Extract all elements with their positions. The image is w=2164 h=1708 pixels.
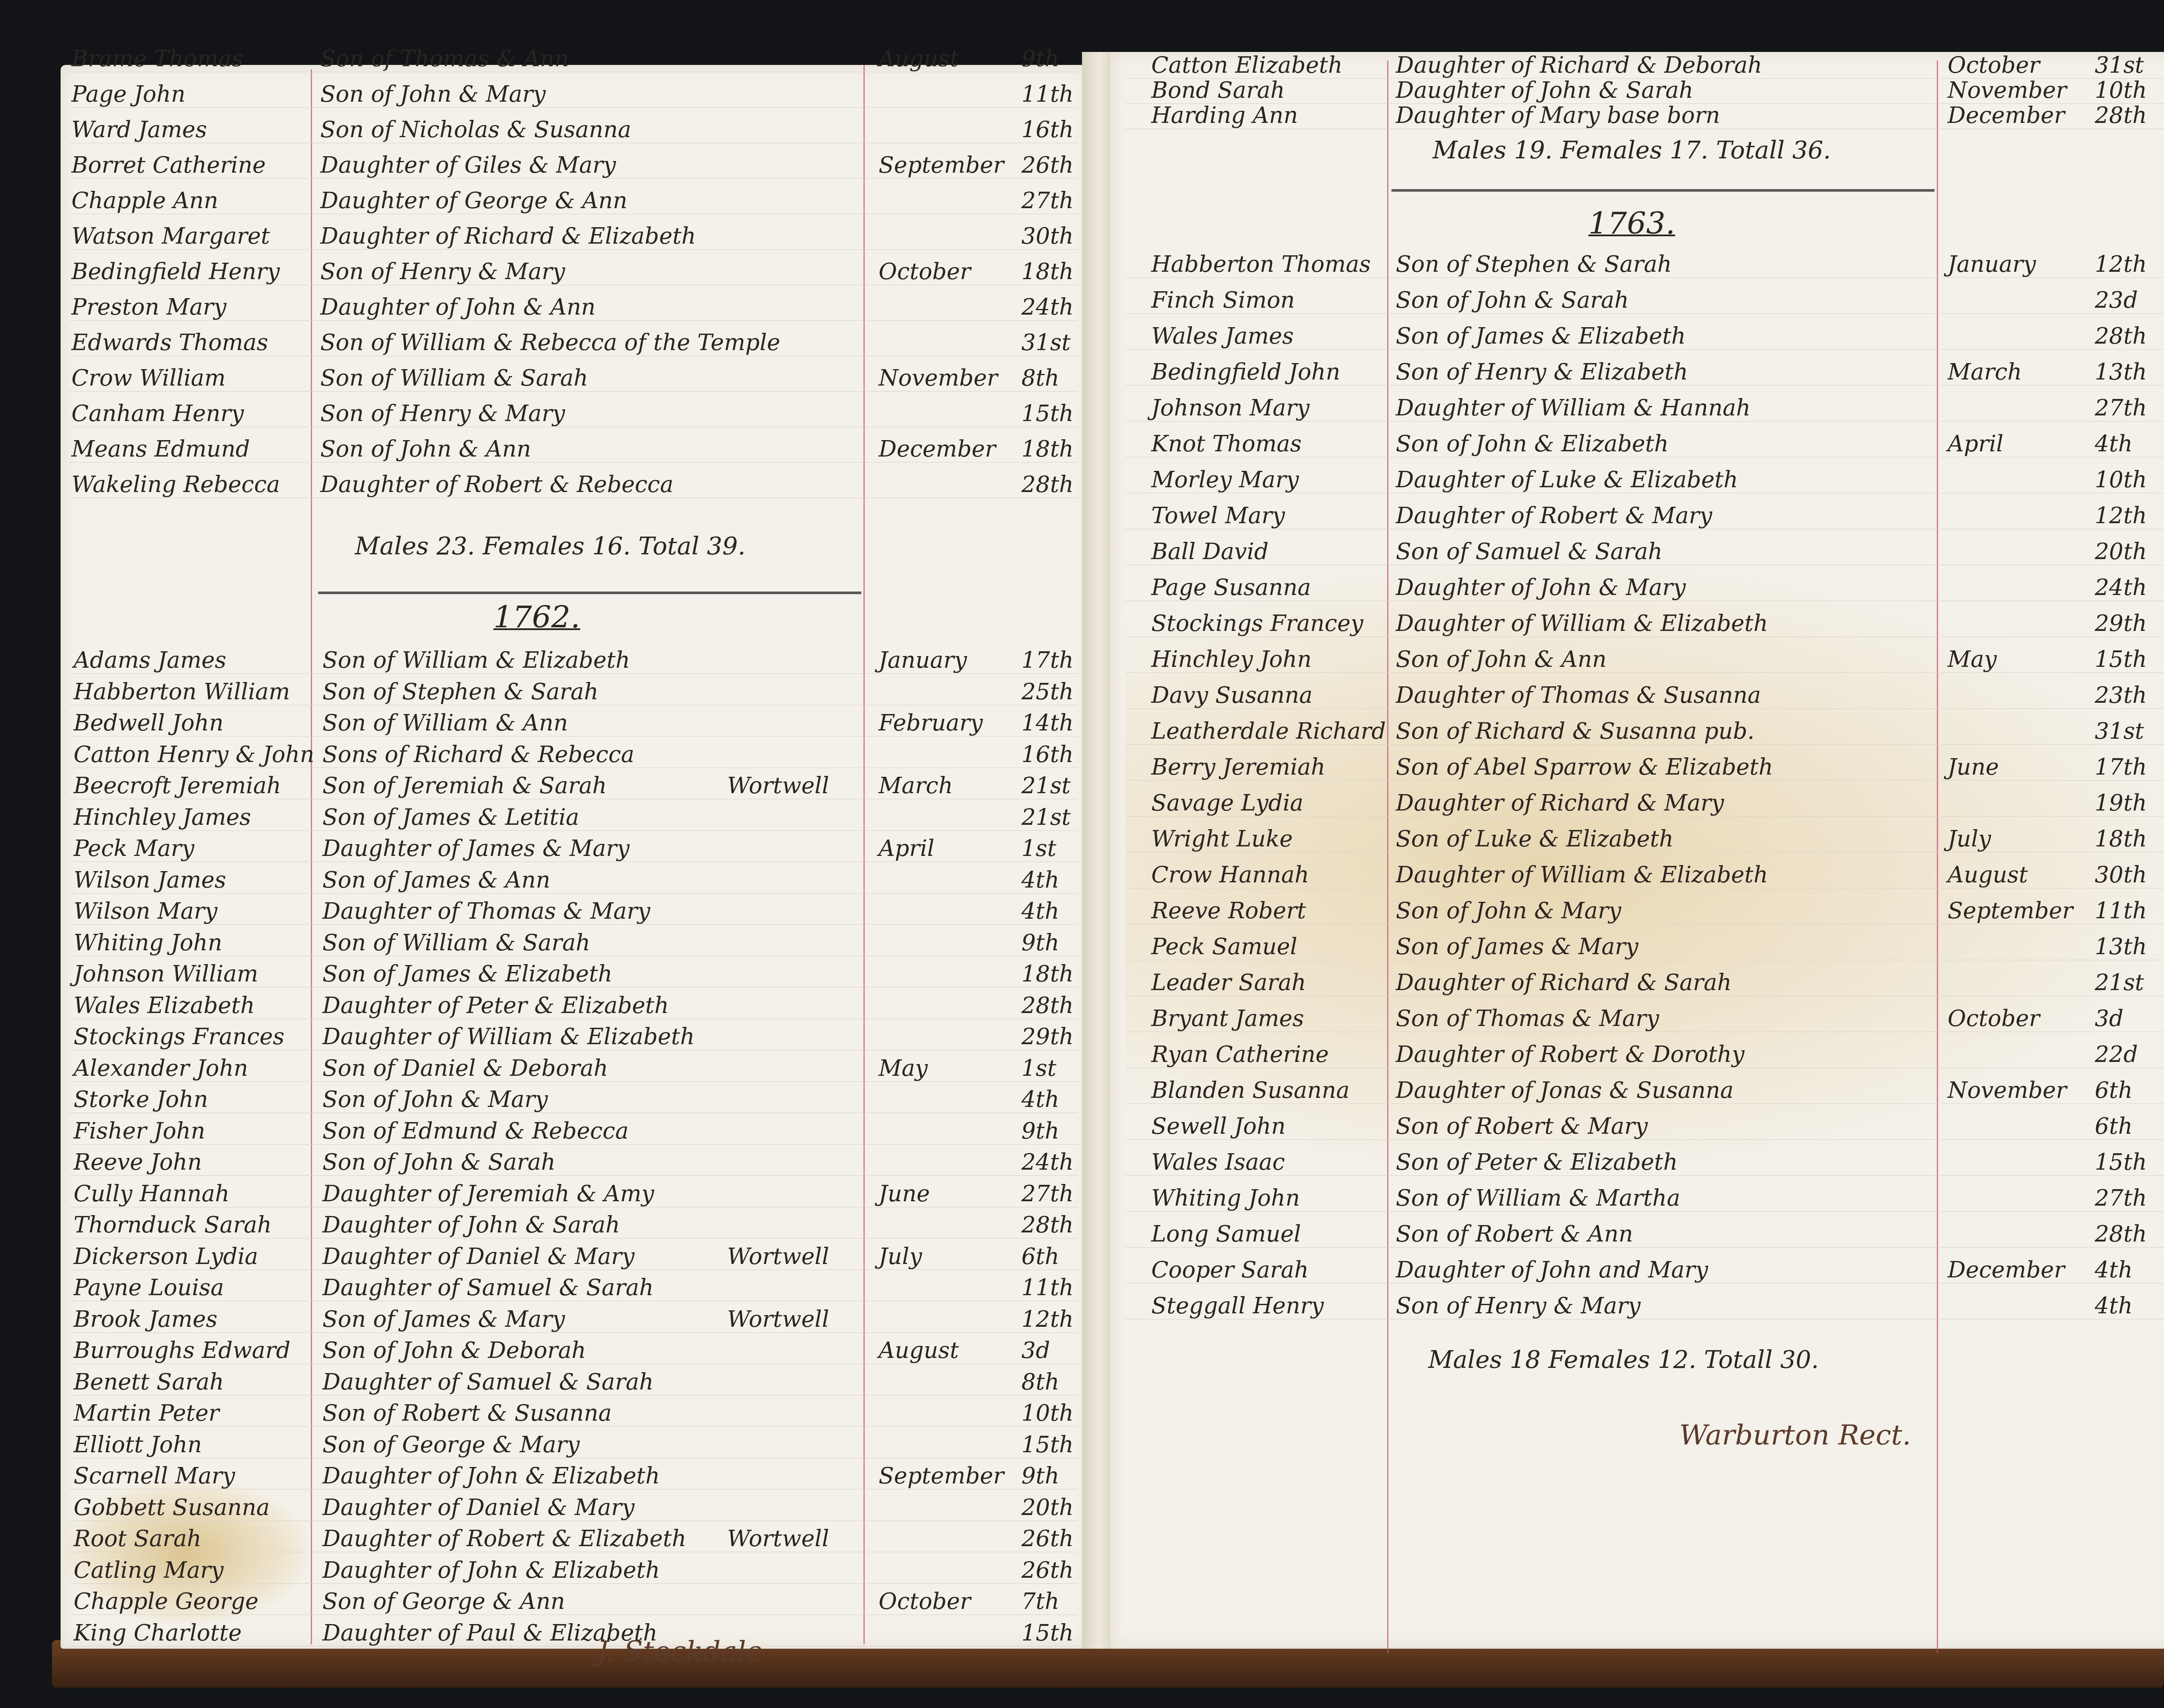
entry-parents: Daughter of Giles & Mary <box>320 150 616 181</box>
entry-parents: Son of James & Elizabeth <box>1396 321 1686 352</box>
entry-parents: Son of James & Mary <box>1396 931 1638 962</box>
entry-month: November <box>1948 1075 2067 1106</box>
entry-parents: Son of John & Mary <box>1396 895 1621 926</box>
register-entry: Reeve RobertSon of John & MarySeptember1… <box>0 895 2164 926</box>
entry-day: 10th <box>1021 1398 1074 1429</box>
entry-day: 22d <box>2095 1039 2138 1070</box>
register-entry: Leatherdale RichardSon of Richard & Susa… <box>0 716 2164 747</box>
entry-parents: Son of Richard & Susanna pub. <box>1396 716 1755 747</box>
entry-day: 12th <box>2095 500 2147 531</box>
right-1762-total: Males 19. Females 17. Totall 36. <box>1433 136 1831 164</box>
entry-day: 24th <box>2095 572 2147 603</box>
entry-parents: Son of John & Sarah <box>1396 285 1629 316</box>
entry-parents: Son of Robert & Ann <box>1396 1219 1633 1250</box>
register-entry: Ball DavidSon of Samuel & Sarah20th <box>0 536 2164 567</box>
entry-day: 20th <box>1021 1492 1074 1523</box>
right-1763-total: Males 18 Females 12. Totall 30. <box>1428 1346 1819 1374</box>
right-year-heading: 1763. <box>1588 206 1675 241</box>
entry-day: 28th <box>2095 1219 2147 1250</box>
entry-day: 28th <box>2095 100 2147 131</box>
entry-parents: Son of Stephen & Sarah <box>1396 249 1672 280</box>
entry-day: 13th <box>2095 357 2147 388</box>
register-entry: Chapple GeorgeSon of George & AnnOctober… <box>0 1586 2164 1617</box>
entry-parents: Daughter of Richard & Sarah <box>1396 967 1732 998</box>
entry-day: 26th <box>1021 1555 1074 1586</box>
entry-name: Steggall Henry <box>1151 1290 1324 1322</box>
entry-parents: Daughter of Robert & Mary <box>1396 500 1712 531</box>
entry-parents: Daughter of Jonas & Susanna <box>1396 1075 1734 1106</box>
entry-name: Ball David <box>1151 536 1269 567</box>
left-signature: J. Stockdale <box>597 1636 763 1668</box>
register-entry: Cooper SarahDaughter of John and MaryDec… <box>0 1254 2164 1286</box>
entry-name: Peck Samuel <box>1151 931 1297 962</box>
entry-parents: Son of Henry & Elizabeth <box>1396 357 1688 388</box>
entry-day: 6th <box>2095 1075 2132 1106</box>
register-entry: Root SarahDaughter of Robert & Elizabeth… <box>0 1523 2164 1554</box>
entry-parents: Son of John & Deborah <box>322 1335 586 1366</box>
register-entry: Scarnell MaryDaughter of John & Elizabet… <box>0 1460 2164 1492</box>
entry-day: 4th <box>2095 1290 2132 1322</box>
entry-parents: Son of Robert & Susanna <box>322 1398 612 1429</box>
entry-name: Habberton Thomas <box>1151 249 1371 280</box>
entry-parents: Daughter of Richard & Elizabeth <box>320 221 696 252</box>
entry-name: Leader Sarah <box>1151 967 1306 998</box>
entry-day: 15th <box>1021 1618 1074 1649</box>
entry-day: 9th <box>1021 1460 1059 1492</box>
register-entry: Benett SarahDaughter of Samuel & Sarah8t… <box>0 1367 2164 1398</box>
entry-parents: Son of William & Martha <box>1396 1183 1680 1214</box>
register-entry: Johnson MaryDaughter of William & Hannah… <box>0 392 2164 424</box>
entry-day: 31st <box>2095 716 2144 747</box>
entry-day: 3d <box>1021 1335 1050 1366</box>
register-entry: Leader SarahDaughter of Richard & Sarah2… <box>0 967 2164 998</box>
entry-month: September <box>879 1460 1004 1492</box>
entry-month: January <box>1948 249 2036 280</box>
entry-month: August <box>1948 859 2028 891</box>
register-entry: Long SamuelSon of Robert & Ann28th <box>0 1219 2164 1250</box>
entry-name: Sewell John <box>1151 1111 1286 1142</box>
entry-day: 18th <box>2095 823 2147 855</box>
entry-parents: Daughter of William & Elizabeth <box>1396 859 1768 891</box>
register-entry: Hinchley JohnSon of John & AnnMay15th <box>0 644 2164 675</box>
entry-parents: Daughter of Luke & Elizabeth <box>1396 464 1738 495</box>
entry-day: 3d <box>2095 1003 2123 1034</box>
entry-parents: Son of Abel Sparrow & Elizabeth <box>1396 752 1773 783</box>
entry-name: Chapple George <box>74 1586 258 1617</box>
entry-parents: Daughter of Robert & Elizabeth <box>322 1523 686 1554</box>
entry-name: Harding Ann <box>1151 100 1298 131</box>
register-entry: Savage LydiaDaughter of Richard & Mary19… <box>0 788 2164 819</box>
entry-parents: Daughter of William & Hannah <box>1396 392 1751 424</box>
entry-name: Knot Thomas <box>1151 428 1302 460</box>
register-entry: Borret CatherineDaughter of Giles & Mary… <box>0 150 2164 181</box>
entry-day: 23d <box>2095 285 2138 316</box>
entry-parents: Son of Samuel & Sarah <box>1396 536 1662 567</box>
entry-name: Watson Margaret <box>71 221 270 252</box>
register-entry: King CharlotteDaughter of Paul & Elizabe… <box>0 1618 2164 1649</box>
register-entry: Steggall HenrySon of Henry & Mary4th <box>0 1290 2164 1322</box>
entry-name: Reeve Robert <box>1151 895 1306 926</box>
entry-name: Borret Catherine <box>71 150 266 181</box>
entry-parents: Son of Thomas & Mary <box>1396 1003 1659 1034</box>
entry-parents: Daughter of Richard & Mary <box>1396 788 1724 819</box>
entry-name: Elliott John <box>74 1429 202 1460</box>
entry-day: 21st <box>2095 967 2144 998</box>
register-entry: Towel MaryDaughter of Robert & Mary12th <box>0 500 2164 531</box>
entry-name: Morley Mary <box>1151 464 1299 495</box>
entry-name: Crow Hannah <box>1151 859 1309 891</box>
entry-day: 19th <box>2095 788 2147 819</box>
register-entry: Burroughs EdwardSon of John & DeborahAug… <box>0 1335 2164 1366</box>
entry-day: 17th <box>2095 752 2147 783</box>
entry-parents: Son of Henry & Mary <box>1396 1290 1641 1322</box>
entry-name: Long Samuel <box>1151 1219 1301 1250</box>
entry-parents: Son of John & Ann <box>1396 644 1607 675</box>
register-entry: Page SusannaDaughter of John & Mary24th <box>0 572 2164 603</box>
entry-name: Page Susanna <box>1151 572 1311 603</box>
entry-month: August <box>879 1335 959 1366</box>
entry-parents: Son of Luke & Elizabeth <box>1396 823 1674 855</box>
entry-month: September <box>1948 895 2073 926</box>
register-entry: Wales JamesSon of James & Elizabeth28th <box>0 321 2164 352</box>
entry-name: Benett Sarah <box>74 1367 224 1398</box>
entry-day: 7th <box>1021 1586 1059 1617</box>
entry-day: 6th <box>2095 1111 2132 1142</box>
entry-name: Wales James <box>1151 321 1294 352</box>
entry-parents: Daughter of William & Elizabeth <box>1396 608 1768 639</box>
entry-name: Towel Mary <box>1151 500 1285 531</box>
entry-day: 27th <box>2095 1183 2147 1214</box>
entry-month: October <box>879 1586 971 1617</box>
register-entry: Bryant JamesSon of Thomas & MaryOctober3… <box>0 1003 2164 1034</box>
entry-parents: Son of George & Ann <box>322 1586 565 1617</box>
register-entry: Sewell JohnSon of Robert & Mary6th <box>0 1111 2164 1142</box>
entry-name: Leatherdale Richard <box>1151 716 1386 747</box>
entry-name: Burroughs Edward <box>74 1335 290 1366</box>
entry-day: 15th <box>2095 644 2147 675</box>
entry-name: Blanden Susanna <box>1151 1075 1349 1106</box>
register-entry: Blanden SusannaDaughter of Jonas & Susan… <box>0 1075 2164 1106</box>
entry-name: Wales Isaac <box>1151 1147 1285 1178</box>
entry-day: 4th <box>2095 1254 2132 1286</box>
entry-parents: Son of Robert & Mary <box>1396 1111 1648 1142</box>
entry-day: 4th <box>2095 428 2132 460</box>
entry-month: July <box>1948 823 1991 855</box>
register-entry: Chapple AnnDaughter of George & Ann27th <box>0 185 2164 216</box>
register-entry: Peck SamuelSon of James & Mary13th <box>0 931 2164 962</box>
entry-month: March <box>1948 357 2022 388</box>
entry-name: Berry Jeremiah <box>1151 752 1325 783</box>
entry-day: 11th <box>2095 895 2147 926</box>
entry-parents: Daughter of Daniel & Mary <box>322 1492 634 1523</box>
entry-name: Root Sarah <box>74 1523 201 1554</box>
register-entry: Bedingfield JohnSon of Henry & Elizabeth… <box>0 357 2164 388</box>
entry-name: Chapple Ann <box>71 185 218 216</box>
register-entry: Catling MaryDaughter of John & Elizabeth… <box>0 1555 2164 1586</box>
entry-place: Wortwell <box>727 1523 829 1554</box>
entry-month: September <box>879 150 1004 181</box>
entry-name: Cooper Sarah <box>1151 1254 1309 1286</box>
entry-month: June <box>1948 752 1999 783</box>
entry-parents: Daughter of John & Elizabeth <box>322 1460 660 1492</box>
entry-day: 10th <box>2095 464 2147 495</box>
register-entry: Knot ThomasSon of John & ElizabethApril4… <box>0 428 2164 460</box>
register-entry: Davy SusannaDaughter of Thomas & Susanna… <box>0 680 2164 711</box>
entry-day: 28th <box>2095 321 2147 352</box>
entry-name: Whiting John <box>1151 1183 1300 1214</box>
register-entry: Crow HannahDaughter of William & Elizabe… <box>0 859 2164 891</box>
entry-name: Bedingfield John <box>1151 357 1340 388</box>
entry-name: Savage Lydia <box>1151 788 1304 819</box>
entry-name: Martin Peter <box>74 1398 219 1429</box>
entry-day: 13th <box>2095 931 2147 962</box>
entry-parents: Daughter of John & Elizabeth <box>322 1555 660 1586</box>
entry-day: 27th <box>1021 185 1074 216</box>
entry-parents: Daughter of Mary base born <box>1396 100 1720 131</box>
entry-name: Johnson Mary <box>1151 392 1310 424</box>
register-entry: Harding AnnDaughter of Mary base bornDec… <box>0 100 2164 131</box>
register-entry: Stockings FranceyDaughter of William & E… <box>0 608 2164 639</box>
entry-parents: Daughter of John & Mary <box>1396 572 1686 603</box>
entry-month: December <box>1948 1254 2065 1286</box>
entry-name: Ryan Catherine <box>1151 1039 1329 1070</box>
right-signature: Warburton Rect. <box>1679 1419 1911 1451</box>
entry-day: 8th <box>1021 1367 1059 1398</box>
entry-parents: Son of John & Elizabeth <box>1396 428 1669 460</box>
entry-month: May <box>1948 644 1997 675</box>
entry-name: Finch Simon <box>1151 285 1295 316</box>
entry-day: 15th <box>1021 1429 1074 1460</box>
entry-parents: Daughter of George & Ann <box>320 185 628 216</box>
register-entry: Berry JeremiahSon of Abel Sparrow & Eliz… <box>0 752 2164 783</box>
entry-name: Wright Luke <box>1151 823 1293 855</box>
entry-day: 29th <box>2095 608 2147 639</box>
entry-name: Catling Mary <box>74 1555 224 1586</box>
register-entry: Ryan CatherineDaughter of Robert & Dorot… <box>0 1039 2164 1070</box>
entry-parents: Son of George & Mary <box>322 1429 580 1460</box>
entry-day: 30th <box>1021 221 1074 252</box>
entry-day: 23th <box>2095 680 2147 711</box>
entry-day: 12th <box>2095 249 2147 280</box>
entry-name: Stockings Francey <box>1151 608 1363 639</box>
entry-day: 15th <box>2095 1147 2147 1178</box>
entry-parents: Daughter of John and Mary <box>1396 1254 1708 1286</box>
entry-parents: Son of Peter & Elizabeth <box>1396 1147 1678 1178</box>
entry-day: 26th <box>1021 1523 1074 1554</box>
register-entry: Habberton ThomasSon of Stephen & SarahJa… <box>0 249 2164 280</box>
entry-day: 20th <box>2095 536 2147 567</box>
entry-month: April <box>1948 428 2003 460</box>
entry-day: 30th <box>2095 859 2147 891</box>
entry-parents: Daughter of Samuel & Sarah <box>322 1367 654 1398</box>
entry-day: 26th <box>1021 150 1074 181</box>
register-entry: Wright LukeSon of Luke & ElizabethJuly18… <box>0 823 2164 855</box>
entry-day: 27th <box>2095 392 2147 424</box>
entry-parents: Daughter of Robert & Dorothy <box>1396 1039 1745 1070</box>
register-entry: Watson MargaretDaughter of Richard & Eli… <box>0 221 2164 252</box>
entry-name: Bryant James <box>1151 1003 1304 1034</box>
register-entry: Morley MaryDaughter of Luke & Elizabeth1… <box>0 464 2164 495</box>
entry-name: Hinchley John <box>1151 644 1312 675</box>
register-entry: Whiting JohnSon of William & Martha27th <box>0 1183 2164 1214</box>
register-entry: Gobbett SusannaDaughter of Daniel & Mary… <box>0 1492 2164 1523</box>
entry-name: Davy Susanna <box>1151 680 1313 711</box>
entry-month: October <box>1948 1003 2040 1034</box>
entry-name: Scarnell Mary <box>74 1460 235 1492</box>
register-entry: Wales IsaacSon of Peter & Elizabeth15th <box>0 1147 2164 1178</box>
entry-month: December <box>1948 100 2065 131</box>
entry-name: Gobbett Susanna <box>74 1492 270 1523</box>
register-entry: Finch SimonSon of John & Sarah23d <box>0 285 2164 316</box>
entry-name: King Charlotte <box>74 1618 242 1649</box>
entry-parents: Daughter of Thomas & Susanna <box>1396 680 1761 711</box>
